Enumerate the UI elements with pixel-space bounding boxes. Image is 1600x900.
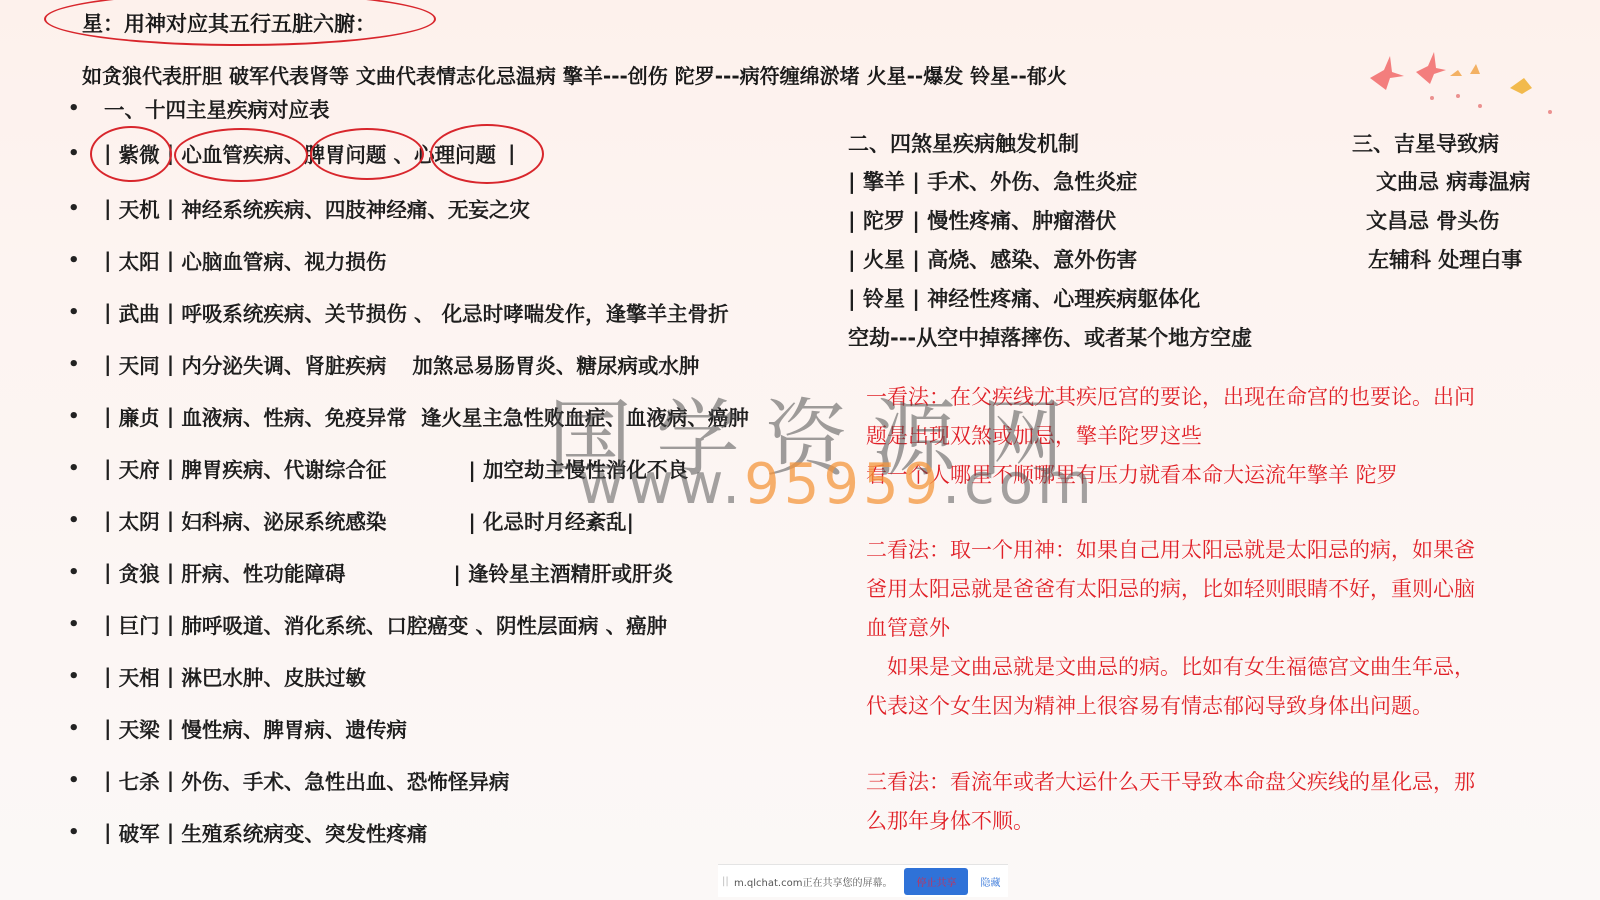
bullet-icon: • [60,198,104,219]
list-item: • | 天相 | 淋巴水肿、皮肤过敏 [60,650,840,702]
disease-text: 慢性病、脾胃病、遗传病 [181,713,407,743]
ink-annotation-circle [44,0,436,46]
list-item: • | 太阳 | 心脑血管病、视力损伤 [60,234,840,286]
note-line: 三看法：看流年或者大运什么天干导致本命盘父疾线的星化忌，那 [866,763,1556,802]
ink-annotation-circle [174,128,308,182]
list-item: • | 天机 | 神经系统疾病、四肢神经痛、无妄之灾 [60,182,840,234]
ink-annotation-circle [310,128,424,180]
section2-row: | 铃星 | 神经性疼痛、心理疾病躯体化 [848,283,1252,322]
note-second-method: 二看法：取一个用神：如果自己用太阳忌就是太阳忌的病，如果爸 爸用太阳忌就是爸爸有… [866,531,1556,726]
list-item: • | 紫微 | 心血管疾病、脾胃问题 、心理问题 | [60,124,840,182]
star-name: 天梁 [119,713,160,743]
star-name: 七杀 [119,765,160,795]
list-item: • | 贪狼 | 肝病、性功能障碍 | 逢铃星主酒精肝或肝炎 [60,546,840,598]
star-name: 巨门 [119,609,160,639]
drag-handle-icon[interactable]: || [722,876,732,887]
disease-text: 生殖系统病变、突发性疼痛 [181,817,427,847]
list-item: • | 武曲 | 呼吸系统疾病、关节损伤 、 化忌时哮喘发作，逢擎羊主骨折 [60,286,840,338]
bullet-icon: • [60,822,104,843]
disease-text: 肝病、性功能障碍 [181,557,345,587]
bullet-icon: • [60,250,104,271]
bullet-icon: • [60,458,104,479]
list-item: • | 天梁 | 慢性病、脾胃病、遗传病 [60,702,840,754]
birds-decoration-icon [1370,50,1570,120]
bullet-icon: • [60,406,104,427]
section2-row: | 擎羊 | 手术、外伤、急性炎症 [848,166,1252,205]
section2-row: 空劫---从空中掉落摔伤、或者某个地方空虚 [848,322,1252,361]
note-line: 爸用太阳忌就是爸爸有太阳忌的病，比如轻则眼睛不好，重则心脑 [866,570,1556,609]
section2-row: | 陀罗 | 慢性疼痛、肿瘤潜伏 [848,205,1252,244]
note-line: 二看法：取一个用神：如果自己用太阳忌就是太阳忌的病，如果爸 [866,531,1556,570]
ink-annotation-circle [430,124,544,184]
extra-text: | 逢铃星主酒精肝或肝炎 [453,557,673,587]
star-name: 武曲 [119,297,160,327]
watermark-url: www.95959.com [578,452,1096,517]
bullet-icon: • [60,354,104,375]
bullet-icon: • [60,614,104,635]
section3-row: 文昌忌 骨头伤 [1352,205,1530,244]
note-third-method: 三看法：看流年或者大运什么天干导致本命盘父疾线的星化忌，那 么那年身体不顺。 [866,763,1556,841]
disease-text: 脾胃疾病、代谢综合征 [181,453,386,483]
bullet-icon: • [60,302,104,323]
section3-heading: 三、吉星导致病 [1352,128,1530,166]
note-line: 血管意外 [866,609,1556,648]
section2-heading: 二、四煞星疾病触发机制 [848,128,1252,166]
bullet-icon: • [60,666,104,687]
note-line: 如果是文曲忌就是文曲忌的病。比如有女生福德宫文曲生年忌， [866,648,1556,687]
subtitle-line: 如贪狼代表肝胆 破军代表肾等 文曲代表情志化忌温病 擎羊---创伤 陀罗---病… [82,60,1067,89]
section3-row: 左辅科 处理白事 [1352,244,1530,283]
disease-text: 妇科病、泌尿系统感染 [181,505,386,535]
star-name: 天机 [119,193,160,223]
disease-text: 内分泌失调、肾脏疾病 [181,349,386,379]
bullet-icon: • [60,770,104,791]
section3-row: 文曲忌 病毒温病 [1352,166,1530,205]
star-name: 破军 [119,817,160,847]
slide: 星：用神对应其五行五脏六腑： 如贪狼代表肝胆 破军代表肾等 文曲代表情志化忌温病… [0,0,1600,900]
note-line: 代表这个女生因为精神上很容易有情志郁闷导致身体出问题。 [866,687,1556,726]
star-name: 天相 [119,661,160,691]
list-item: • | 七杀 | 外伤、手术、急性出血、恐怖怪异病 [60,754,840,806]
disease-text: 肺呼吸道、消化系统、口腔癌变 、阴性层面病 、癌肿 [181,609,667,639]
bullet-icon: • [60,718,104,739]
disease-text: 呼吸系统疾病、关节损伤 、 化忌时哮喘发作，逢擎羊主骨折 [181,297,728,327]
four-malefic-stars-section: 二、四煞星疾病触发机制 | 擎羊 | 手术、外伤、急性炎症 | 陀罗 | 慢性疼… [848,128,1252,361]
section2-row: | 火星 | 高烧、感染、意外伤害 [848,244,1252,283]
section1-heading-text: 一、十四主星疾病对应表 [104,93,330,123]
disease-text: 淋巴水肿、皮肤过敏 [181,661,366,691]
list-item: • | 破军 | 生殖系统病变、突发性疼痛 [60,806,840,858]
star-name: 贪狼 [119,557,160,587]
star-name: 天府 [119,453,160,483]
stop-sharing-button[interactable]: 停止共享 [904,868,968,895]
bullet-icon: • [60,98,104,119]
section1-heading: • 一、十四主星疾病对应表 [60,92,840,124]
star-name: 太阳 [119,245,160,275]
star-name: 太阴 [119,505,160,535]
disease-text: 外伤、手术、急性出血、恐怖怪异病 [181,765,509,795]
share-message: m.qlchat.com正在共享您的屏幕。 [734,874,892,889]
screen-share-bar: || m.qlchat.com正在共享您的屏幕。 停止共享 隐藏 [718,864,1008,897]
disease-text: 心脑血管病、视力损伤 [181,245,386,275]
list-item: • | 巨门 | 肺呼吸道、消化系统、口腔癌变 、阴性层面病 、癌肿 [60,598,840,650]
bullet-icon: • [60,562,104,583]
disease-text: 神经系统疾病、四肢神经痛、无妄之灾 [181,193,530,223]
bullet-icon: • [60,510,104,531]
star-name: 廉贞 [119,401,160,431]
star-name: 天同 [119,349,160,379]
note-line: 么那年身体不顺。 [866,802,1556,841]
hide-button[interactable]: 隐藏 [980,874,1000,889]
ink-annotation-circle [90,126,172,182]
disease-text: 血液病、性病、免疫异常 [181,401,407,431]
auspicious-stars-section: 三、吉星导致病 文曲忌 病毒温病 文昌忌 骨头伤 左辅科 处理白事 [1352,128,1530,283]
